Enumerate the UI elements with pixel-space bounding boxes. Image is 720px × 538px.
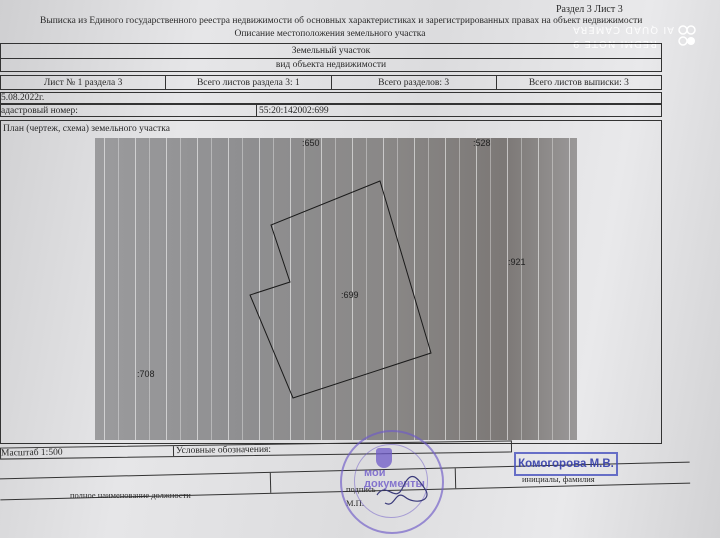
object-type-caption: вид объекта недвижимости xyxy=(1,59,661,72)
scale: Масштаб 1:500 xyxy=(1,446,174,458)
object-type-box: Земельный участок вид объекта недвижимос… xyxy=(0,43,662,72)
cadastral-label: адастровый номер: xyxy=(1,105,257,116)
sheet-number: Лист № 1 раздела 3 xyxy=(1,76,166,89)
neighbor-label-708: :708 xyxy=(137,369,155,379)
position-caption: полное наименование должности xyxy=(70,490,191,500)
neighbor-label-528: :528 xyxy=(473,138,491,148)
plot-label-699: :699 xyxy=(341,290,359,300)
legend-label: Условные обозначения: xyxy=(174,444,271,456)
document-date: 5.08.2022г. xyxy=(1,93,44,103)
plot-boundary xyxy=(95,138,577,440)
section-sheet-number: Раздел 3 Лист 3 xyxy=(556,4,623,15)
stamp-logo-icon xyxy=(376,448,392,468)
land-plot-plan: :650 :528 :699 :921 :708 xyxy=(95,138,577,440)
total-sheets: Всего листов выписки: 3 xyxy=(497,76,661,89)
cadastral-number: 55:20:142002:699 xyxy=(257,105,329,117)
sheet-info-row: Лист № 1 раздела 3 Всего листов раздела … xyxy=(0,75,662,90)
signer-name-stamp: Комогорова М.В. xyxy=(514,452,618,476)
neighbor-label-650: :650 xyxy=(302,138,320,148)
plan-title: План (чертеж, схема) земельного участка xyxy=(1,121,661,137)
document-subtitle: Описание местоположения земельного участ… xyxy=(0,29,660,39)
object-type: Земельный участок xyxy=(1,44,661,59)
handwritten-signature xyxy=(375,475,435,510)
total-sections: Всего разделов: 3 xyxy=(332,76,497,89)
neighbor-label-921: :921 xyxy=(508,257,526,267)
date-row: 5.08.2022г. xyxy=(0,92,662,104)
cadastral-row: адастровый номер: 55:20:142002:699 xyxy=(0,104,662,117)
camera-logo-icon xyxy=(676,24,698,46)
sheets-in-section: Всего листов раздела 3: 1 xyxy=(166,76,331,89)
document-title: Выписка из Единого государственного реес… xyxy=(40,16,642,26)
